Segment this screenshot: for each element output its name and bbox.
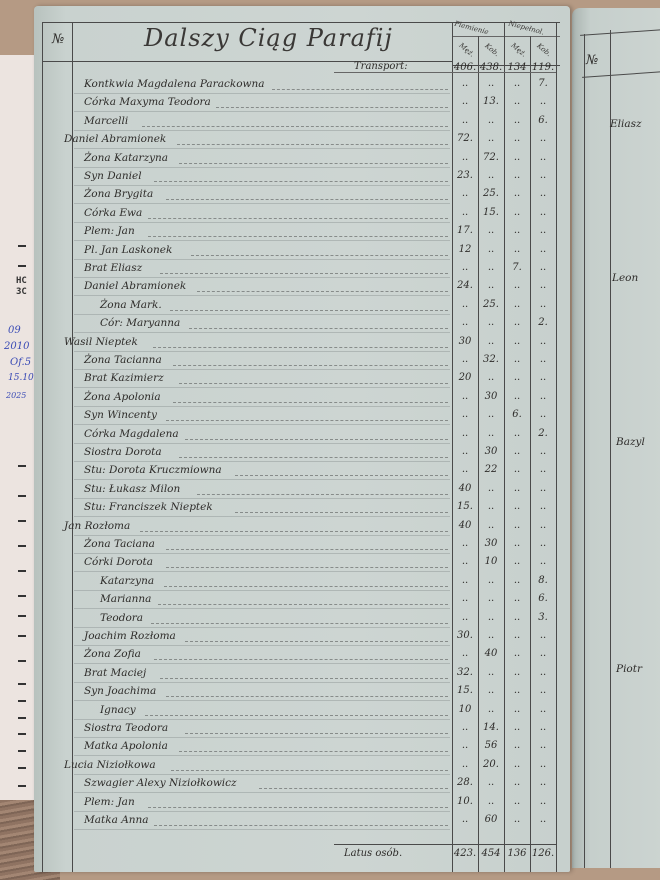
- transport-value: 119.: [529, 62, 557, 73]
- count-cell: ..: [503, 428, 531, 439]
- count-cell: ..: [529, 759, 557, 770]
- transport-value: 134: [503, 62, 531, 73]
- count-cell: ..: [529, 262, 557, 273]
- count-cell: 32.: [451, 667, 479, 678]
- count-cell: 2.: [529, 428, 557, 439]
- count-cell: ..: [529, 133, 557, 144]
- person-name: Syn Daniel: [84, 170, 142, 182]
- count-cell: ..: [503, 299, 531, 310]
- count-cell: ..: [503, 391, 531, 402]
- count-cell: ..: [503, 483, 531, 494]
- count-cell: ..: [503, 575, 531, 586]
- count-cell: ..: [477, 520, 505, 531]
- count-cell: ..: [529, 409, 557, 420]
- transport-value: 438.: [477, 62, 505, 73]
- count-cell: ..: [451, 96, 479, 107]
- count-cell: ..: [503, 777, 531, 788]
- column-subheader: Kob.: [483, 42, 500, 58]
- leader-dots: [191, 255, 448, 257]
- count-cell: ..: [503, 685, 531, 696]
- count-cell: 7.: [503, 262, 531, 273]
- count-cell: 28.: [451, 777, 479, 788]
- count-cell: 6.: [503, 409, 531, 420]
- leader-dots: [166, 549, 448, 551]
- count-cell: ..: [477, 409, 505, 420]
- count-cell: 15.: [477, 207, 505, 218]
- person-name: Kontkwia Magdalena Parackowna: [84, 78, 265, 90]
- leader-dots: [164, 586, 448, 588]
- person-name: Córka Magdalena: [84, 428, 179, 440]
- count-cell: ..: [503, 96, 531, 107]
- person-name: Wasil Nieptek: [64, 336, 138, 348]
- leader-dots: [185, 733, 448, 735]
- count-cell: ..: [503, 446, 531, 457]
- person-name: Stu: Łukasz Milon: [84, 483, 180, 495]
- count-cell: ..: [503, 814, 531, 825]
- count-cell: ..: [477, 317, 505, 328]
- leader-dots: [179, 383, 448, 385]
- count-cell: ..: [503, 648, 531, 659]
- person-name: Plem: Jan: [84, 225, 135, 237]
- count-cell: 40: [451, 520, 479, 531]
- count-cell: ..: [451, 391, 479, 402]
- count-cell: ..: [477, 575, 505, 586]
- count-cell: ..: [451, 207, 479, 218]
- count-cell: 30: [477, 446, 505, 457]
- leader-dots: [166, 420, 448, 422]
- person-name: Siostra Teodora: [84, 722, 168, 734]
- leader-dots: [235, 475, 448, 477]
- count-cell: ..: [477, 133, 505, 144]
- person-name: Stu: Dorota Kruczmiowna: [84, 464, 222, 476]
- count-cell: ..: [529, 225, 557, 236]
- leader-dots: [160, 678, 448, 680]
- count-cell: ..: [503, 170, 531, 181]
- count-cell: ..: [451, 354, 479, 365]
- count-cell: ..: [503, 740, 531, 751]
- count-cell: ..: [451, 556, 479, 567]
- count-cell: ..: [529, 538, 557, 549]
- person-name: Brat Kazimierz: [84, 372, 164, 384]
- count-cell: ..: [529, 501, 557, 512]
- count-cell: 23.: [451, 170, 479, 181]
- count-cell: ..: [477, 336, 505, 347]
- count-cell: ..: [503, 630, 531, 641]
- person-name: Córki Dorota: [84, 556, 153, 568]
- person-name: Teodora: [100, 612, 143, 624]
- count-cell: ..: [477, 777, 505, 788]
- count-cell: ..: [503, 207, 531, 218]
- count-cell: 60: [477, 814, 505, 825]
- total-value: 136: [503, 848, 531, 859]
- count-cell: 30: [477, 538, 505, 549]
- leader-dots: [259, 788, 448, 790]
- count-cell: ..: [451, 593, 479, 604]
- leader-dots: [166, 199, 448, 201]
- count-cell: 8.: [529, 575, 557, 586]
- count-cell: ..: [477, 704, 505, 715]
- person-name: Żona Tacianna: [84, 354, 162, 366]
- leader-dots: [179, 751, 448, 753]
- count-cell: ..: [503, 759, 531, 770]
- count-cell: ..: [529, 152, 557, 163]
- person-name: Córka Maxyma Teodora: [84, 96, 211, 108]
- leader-dots: [173, 365, 448, 367]
- right-page: № Eliasz Leon Bazyl Piotr: [572, 8, 660, 868]
- count-cell: ..: [529, 96, 557, 107]
- count-cell: 14.: [477, 722, 505, 733]
- transport-value: 406.: [451, 62, 479, 73]
- count-cell: 30.: [451, 630, 479, 641]
- total-value: 423.: [451, 848, 479, 859]
- margin-name: Eliasz: [610, 118, 642, 130]
- count-cell: ..: [529, 722, 557, 733]
- person-name: Marcelli: [84, 115, 128, 127]
- count-cell: ..: [477, 280, 505, 291]
- count-cell: ..: [503, 317, 531, 328]
- count-cell: ..: [503, 796, 531, 807]
- count-cell: ..: [451, 152, 479, 163]
- person-name: Lucia Niziołkowa: [64, 759, 156, 771]
- person-name: Syn Joachima: [84, 685, 156, 697]
- leader-dots: [185, 439, 448, 441]
- person-name: Katarzyna: [100, 575, 154, 587]
- leader-dots: [148, 218, 448, 220]
- leader-dots: [145, 715, 448, 717]
- margin-name: Bazyl: [616, 436, 645, 448]
- count-cell: 25.: [477, 188, 505, 199]
- count-cell: ..: [529, 188, 557, 199]
- count-cell: 7.: [529, 78, 557, 89]
- count-cell: ..: [477, 796, 505, 807]
- count-cell: ..: [451, 188, 479, 199]
- count-cell: ..: [503, 225, 531, 236]
- leader-dots: [179, 163, 448, 165]
- leader-dots: [166, 567, 448, 569]
- count-cell: 13.: [477, 96, 505, 107]
- count-cell: ..: [529, 207, 557, 218]
- count-cell: 6.: [529, 593, 557, 604]
- count-cell: ..: [503, 464, 531, 475]
- count-cell: ..: [529, 630, 557, 641]
- count-cell: ..: [451, 740, 479, 751]
- count-cell: ..: [529, 336, 557, 347]
- person-name: Cór: Maryanna: [100, 317, 180, 329]
- count-cell: 2.: [529, 317, 557, 328]
- count-cell: ..: [503, 280, 531, 291]
- count-cell: ..: [529, 372, 557, 383]
- leader-dots: [189, 328, 448, 330]
- count-cell: ..: [477, 428, 505, 439]
- handwritten-note: 15.10: [8, 373, 34, 383]
- count-cell: ..: [477, 630, 505, 641]
- count-cell: ..: [451, 759, 479, 770]
- count-cell: ..: [503, 520, 531, 531]
- count-cell: ..: [503, 722, 531, 733]
- count-cell: ..: [451, 299, 479, 310]
- person-name: Syn Wincenty: [84, 409, 157, 421]
- leader-dots: [142, 126, 448, 128]
- leader-dots: [160, 273, 448, 275]
- leader-dots: [179, 457, 448, 459]
- count-cell: ..: [451, 317, 479, 328]
- leader-dots: [197, 494, 448, 496]
- count-cell: ..: [529, 391, 557, 402]
- count-cell: ..: [503, 133, 531, 144]
- leader-dots: [177, 144, 448, 146]
- count-cell: 24.: [451, 280, 479, 291]
- count-cell: ..: [477, 244, 505, 255]
- count-cell: ..: [529, 667, 557, 678]
- person-name: Daniel Abramionek: [84, 280, 186, 292]
- person-name: Żona Apolonia: [84, 391, 161, 403]
- count-cell: ..: [477, 593, 505, 604]
- leader-dots: [235, 512, 448, 514]
- count-cell: 72.: [451, 133, 479, 144]
- count-cell: ..: [529, 520, 557, 531]
- count-cell: ..: [451, 446, 479, 457]
- count-cell: ..: [503, 612, 531, 623]
- person-name: Matka Apolonia: [84, 740, 168, 752]
- count-cell: 12: [451, 244, 479, 255]
- count-cell: ..: [451, 648, 479, 659]
- leader-dots: [173, 402, 448, 404]
- leader-dots: [140, 531, 448, 533]
- number-header: №: [586, 53, 598, 68]
- count-cell: ..: [503, 667, 531, 678]
- transport-label: Transport:: [354, 61, 408, 72]
- count-cell: ..: [503, 336, 531, 347]
- count-cell: 15.: [451, 685, 479, 696]
- margin-name: Leon: [612, 272, 638, 284]
- count-cell: ..: [503, 593, 531, 604]
- count-cell: 10: [477, 556, 505, 567]
- printed-label: HC: [16, 277, 27, 286]
- person-name: Stu: Franciszek Nieptek: [84, 501, 213, 513]
- count-cell: ..: [477, 170, 505, 181]
- count-cell: ..: [477, 612, 505, 623]
- person-name: Plem: Jan: [84, 796, 135, 808]
- count-cell: 3.: [529, 612, 557, 623]
- count-cell: ..: [503, 115, 531, 126]
- total-value: 454: [477, 848, 505, 859]
- count-cell: ..: [529, 648, 557, 659]
- count-cell: ..: [529, 685, 557, 696]
- count-cell: ..: [451, 115, 479, 126]
- count-cell: ..: [503, 188, 531, 199]
- count-cell: ..: [477, 225, 505, 236]
- count-cell: ..: [529, 280, 557, 291]
- count-cell: 30: [477, 391, 505, 402]
- number-column-header: №: [52, 32, 64, 47]
- leader-dots: [171, 770, 448, 772]
- person-name: Daniel Abramionek: [64, 133, 166, 145]
- person-name: Jan Rozłoma: [64, 520, 130, 532]
- count-cell: ..: [503, 538, 531, 549]
- count-cell: 20.: [477, 759, 505, 770]
- person-name: Joachim Rozłoma: [84, 630, 176, 642]
- count-cell: ..: [477, 501, 505, 512]
- person-name: Żona Zofia: [84, 648, 141, 660]
- count-cell: ..: [451, 538, 479, 549]
- count-cell: ..: [451, 464, 479, 475]
- person-name: Ignacy: [100, 704, 136, 716]
- count-cell: ..: [503, 354, 531, 365]
- total-value: 126.: [529, 848, 557, 859]
- leader-dots: [153, 347, 448, 349]
- column-subheader: Kob.: [535, 42, 552, 58]
- count-cell: 17.: [451, 225, 479, 236]
- count-cell: 20: [451, 372, 479, 383]
- count-cell: 72.: [477, 152, 505, 163]
- count-cell: ..: [529, 299, 557, 310]
- count-cell: 40: [477, 648, 505, 659]
- person-name: Żona Brygita: [84, 188, 153, 200]
- count-cell: ..: [529, 796, 557, 807]
- count-cell: 15.: [451, 501, 479, 512]
- handwritten-note: 2025: [6, 391, 26, 400]
- count-cell: 10: [451, 704, 479, 715]
- person-name: Córka Ewa: [84, 207, 142, 219]
- count-cell: ..: [503, 704, 531, 715]
- leader-dots: [148, 807, 448, 809]
- count-cell: ..: [529, 777, 557, 788]
- leader-dots: [170, 310, 448, 312]
- person-name: Żona Taciana: [84, 538, 155, 550]
- count-cell: ..: [451, 409, 479, 420]
- handwritten-note: 09: [8, 325, 21, 336]
- count-cell: ..: [529, 354, 557, 365]
- margin-name: Piotr: [616, 663, 642, 675]
- leader-dots: [272, 89, 448, 91]
- count-cell: ..: [503, 244, 531, 255]
- count-cell: 30: [451, 336, 479, 347]
- count-cell: ..: [529, 814, 557, 825]
- count-cell: 25.: [477, 299, 505, 310]
- count-cell: 40: [451, 483, 479, 494]
- leader-dots: [148, 236, 448, 238]
- column-subheader: Męż.: [509, 41, 527, 58]
- count-cell: ..: [503, 501, 531, 512]
- printed-label: 3C: [16, 288, 27, 297]
- count-cell: ..: [529, 170, 557, 181]
- count-cell: ..: [529, 704, 557, 715]
- leader-dots: [154, 825, 448, 827]
- totals-label: Latus osób.: [344, 848, 402, 859]
- count-cell: ..: [477, 483, 505, 494]
- person-name: Żona Katarzyna: [84, 152, 168, 164]
- page-title: Dalszy Ciąg Parafij: [144, 24, 393, 52]
- count-cell: 56: [477, 740, 505, 751]
- leader-dots: [216, 107, 448, 109]
- person-name: Brat Maciej: [84, 667, 146, 679]
- count-cell: ..: [529, 244, 557, 255]
- count-cell: ..: [503, 152, 531, 163]
- handwritten-note: Of.5: [10, 357, 31, 368]
- count-cell: ..: [477, 78, 505, 89]
- count-cell: 6.: [529, 115, 557, 126]
- count-cell: ..: [451, 262, 479, 273]
- count-cell: 22: [477, 464, 505, 475]
- person-name: Matka Anna: [84, 814, 149, 826]
- count-cell: ..: [451, 575, 479, 586]
- count-cell: ..: [451, 814, 479, 825]
- person-name: Pl. Jan Laskonek: [84, 244, 172, 256]
- handwritten-note: 2010: [4, 341, 29, 352]
- person-name: Siostra Dorota: [84, 446, 162, 458]
- count-cell: 10.: [451, 796, 479, 807]
- person-name: Brat Eliasz: [84, 262, 142, 274]
- leader-dots: [185, 641, 448, 643]
- count-cell: ..: [529, 556, 557, 567]
- count-cell: ..: [451, 78, 479, 89]
- leader-dots: [166, 696, 448, 698]
- count-cell: ..: [503, 78, 531, 89]
- count-cell: ..: [451, 612, 479, 623]
- count-cell: ..: [477, 372, 505, 383]
- count-cell: ..: [477, 667, 505, 678]
- count-cell: ..: [529, 464, 557, 475]
- count-cell: ..: [477, 685, 505, 696]
- leader-dots: [197, 291, 448, 293]
- person-name: Marianna: [100, 593, 151, 605]
- count-cell: 32.: [477, 354, 505, 365]
- column-subheader: Męż.: [457, 41, 475, 58]
- leader-dots: [151, 623, 448, 625]
- ledger-page: № Dalszy Ciąg Parafij Plemienie Niepełno…: [34, 6, 570, 872]
- leader-dots: [158, 604, 448, 606]
- count-cell: ..: [451, 428, 479, 439]
- count-cell: ..: [503, 556, 531, 567]
- person-name: Żona Mark.: [100, 299, 162, 311]
- person-name: Szwagier Alexy Niziołkowicz: [84, 777, 237, 789]
- count-cell: ..: [503, 372, 531, 383]
- count-cell: ..: [451, 722, 479, 733]
- count-cell: ..: [477, 115, 505, 126]
- count-cell: ..: [529, 740, 557, 751]
- count-cell: ..: [529, 483, 557, 494]
- leader-dots: [154, 659, 448, 661]
- count-cell: ..: [477, 262, 505, 273]
- count-cell: ..: [529, 446, 557, 457]
- leader-dots: [154, 181, 448, 183]
